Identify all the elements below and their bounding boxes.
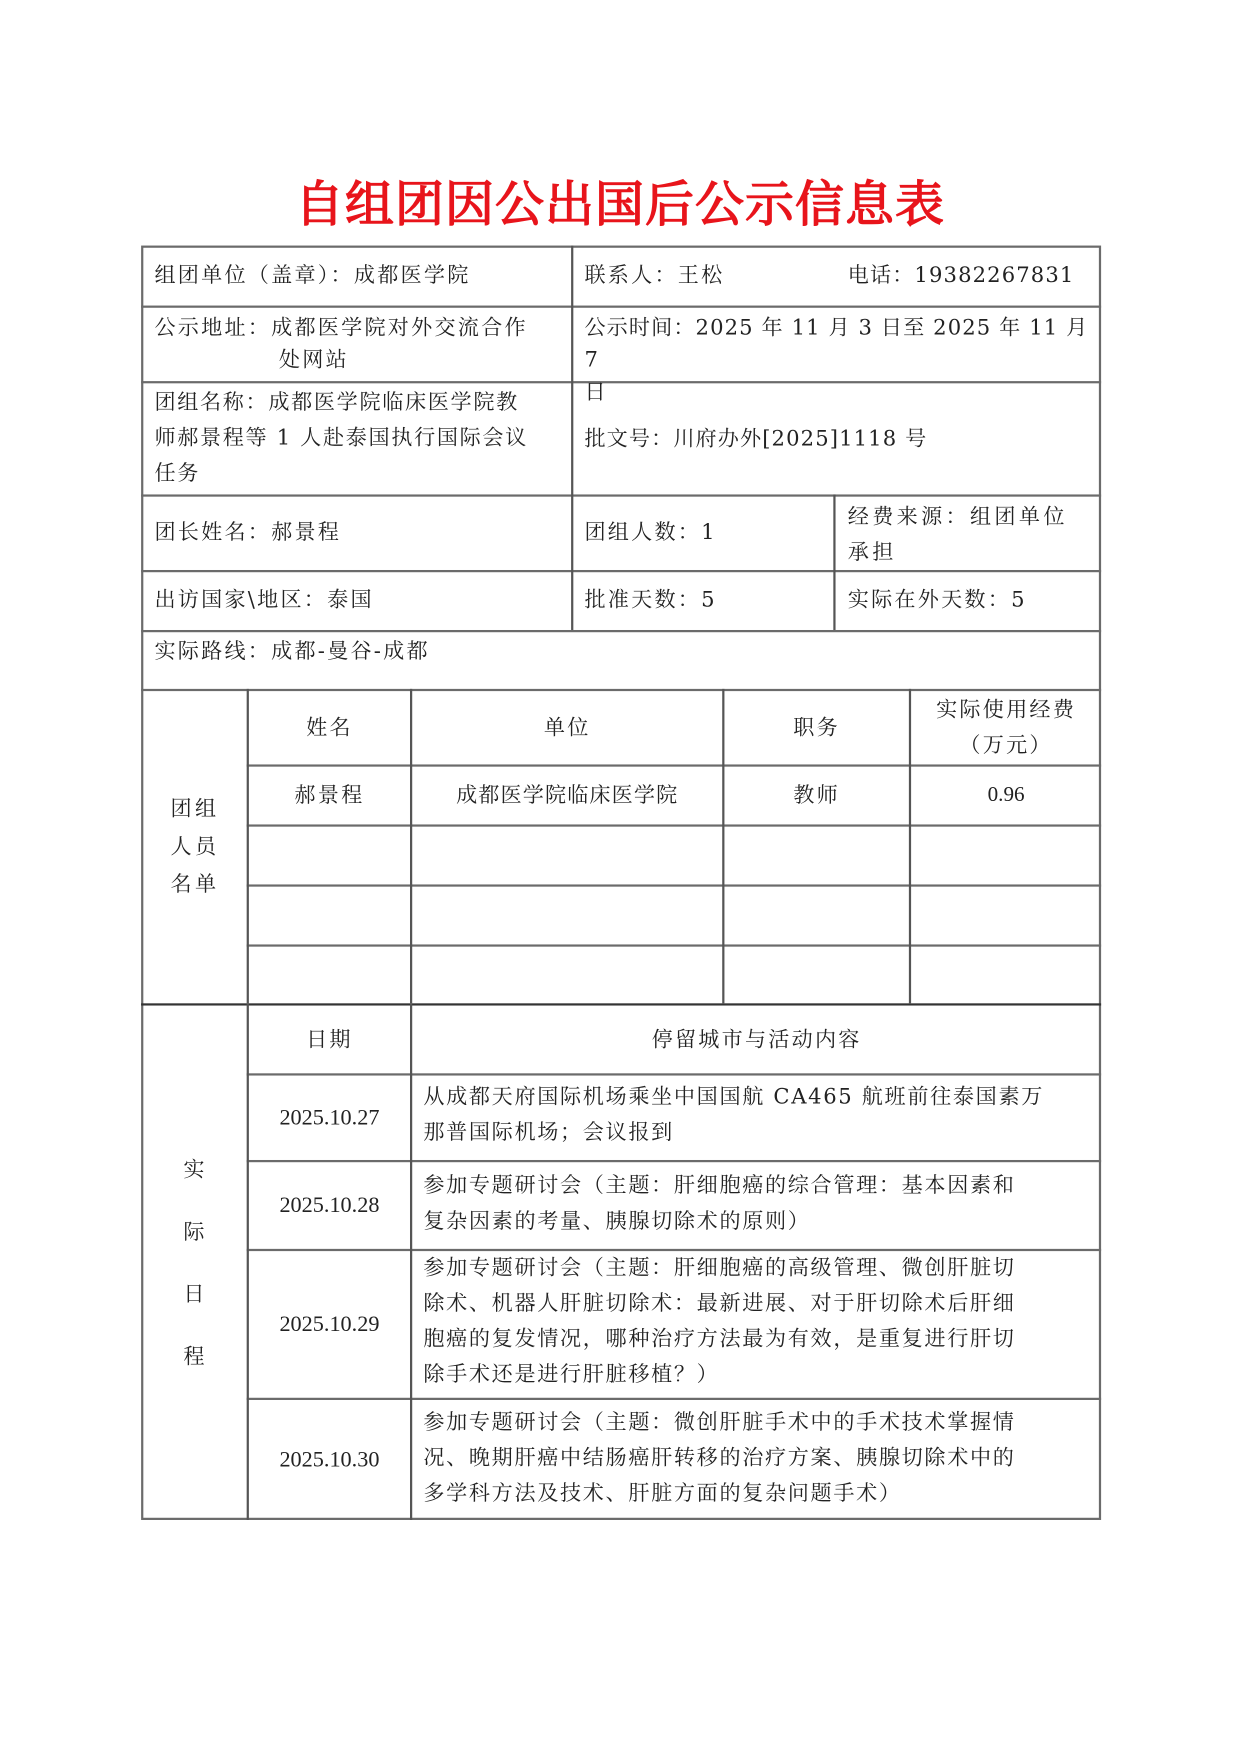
group-name-line: 任务 <box>154 456 567 492</box>
schedule-activity: 参加专题研讨会（主题：微创肝脏手术中的手术技术掌握情 况、晚期肝癌中结肠癌肝转移… <box>423 1404 1095 1515</box>
date-text: 2025.10.28 <box>279 1188 379 1224</box>
schedule-label-line: 程 <box>183 1325 206 1387</box>
cell-text: 教师 <box>793 778 840 814</box>
col-divider <box>833 494 835 630</box>
activity-line: 除术、机器人肝脏切除术：最新进展、对于肝切除术后肝细 <box>423 1286 1095 1322</box>
destination-country-text: 出访国家\地区：泰国 <box>154 582 373 618</box>
funding-source-line: 经费来源：组团单位 <box>848 499 1098 535</box>
approval-number: 批文号：川府办外[2025]1118 号 <box>584 383 1095 494</box>
schedule-header-date: 日期 <box>249 1006 410 1074</box>
approved-days-text: 批准天数：5 <box>584 582 716 618</box>
roster-row-divider <box>247 944 1101 946</box>
funding-source: 经费来源：组团单位 承担 <box>848 499 1098 570</box>
col-divider <box>571 246 573 630</box>
date-text: 2025.10.30 <box>279 1442 379 1478</box>
schedule-label-line: 际 <box>183 1201 206 1263</box>
activity-line: 多学科方法及技术、肝脏方面的复杂问题手术） <box>423 1476 1095 1512</box>
roster-row-divider <box>247 824 1101 826</box>
cell-text: 成都医学院临床医学院 <box>456 778 678 814</box>
activity-line: 参加专题研讨会（主题：微创肝脏手术中的手术技术掌握情 <box>423 1404 1095 1440</box>
org-unit-text: 组团单位（盖章）：成都医学院 <box>154 258 470 294</box>
actual-days: 实际在外天数：5 <box>848 570 1098 630</box>
contact: 联系人：王松 <box>584 246 828 306</box>
roster-section-label: 团组 人员 名单 <box>143 689 246 1003</box>
header-text: 职务 <box>793 710 840 746</box>
notice-time: 公示时间：2025 年 11 月 3 日至 2025 年 11 月 7 日 <box>584 312 1095 381</box>
header-text: （万元） <box>911 728 1101 764</box>
roster-cell-position: 教师 <box>724 767 908 825</box>
activity-line: 胞癌的复发情况，哪种治疗方法最为有效，是重复进行肝切 <box>423 1321 1095 1357</box>
approval-number-text: 批文号：川府办外[2025]1118 号 <box>584 421 927 457</box>
date-text: 2025.10.29 <box>279 1307 379 1343</box>
activity-line: 参加专题研讨会（主题：肝细胞癌的综合管理：基本因素和 <box>423 1168 1095 1204</box>
roster-label-line: 人员 <box>171 827 220 865</box>
schedule-section-label: 实 际 日 程 <box>143 1006 246 1520</box>
roster-row-divider <box>247 884 1101 886</box>
header-text: 停留城市与活动内容 <box>652 1022 862 1058</box>
activity-line: 从成都天府国际机场乘坐中国国航 CA465 航班前往泰国素万 <box>423 1079 1095 1115</box>
activity-line: 除手术还是进行肝脏移植？） <box>423 1357 1095 1393</box>
notice-time-line: 公示时间：2025 年 11 月 3 日至 2025 年 11 月 7 <box>584 312 1095 376</box>
activity-line: 那普国际机场；会议报到 <box>423 1114 1095 1150</box>
header-text: 日期 <box>306 1022 353 1058</box>
actual-days-text: 实际在外天数：5 <box>848 582 1027 618</box>
actual-route-text: 实际路线：成都-曼谷-成都 <box>154 639 429 663</box>
schedule-label-line: 实 <box>183 1138 206 1200</box>
roster-cell-expense: 0.96 <box>911 767 1101 825</box>
schedule-date: 2025.10.30 <box>249 1400 410 1520</box>
header-text: 姓名 <box>306 710 353 746</box>
schedule-activity: 从成都天府国际机场乘坐中国国航 CA465 航班前往泰国素万 那普国际机场；会议… <box>423 1079 1095 1159</box>
row-divider <box>141 630 1101 632</box>
cell-text: 0.96 <box>988 778 1025 814</box>
roster-cell-name: 郝景程 <box>249 767 410 825</box>
roster-header-unit: 单位 <box>412 691 722 764</box>
roster-header-expense: 实际使用经费 （万元） <box>911 692 1101 765</box>
schedule-header-activity: 停留城市与活动内容 <box>412 1006 1101 1074</box>
notice-address: 公示地址：成都医学院对外交流合作 处网站 <box>154 312 565 381</box>
schedule-date: 2025.10.27 <box>249 1076 410 1160</box>
schedule-activity: 参加专题研讨会（主题：肝细胞癌的高级管理、微创肝脏切 除术、机器人肝脏切除术：最… <box>423 1250 1095 1397</box>
cell-text: 郝景程 <box>294 778 364 814</box>
approved-days: 批准天数：5 <box>584 570 828 630</box>
roster-cell-unit: 成都医学院临床医学院 <box>412 767 722 825</box>
group-name: 团组名称：成都医学院临床医学院教 师郝景程等 1 人赴泰国执行国际会议 任务 <box>154 384 567 494</box>
page-title: 自组团因公出国后公示信息表 <box>0 164 1240 235</box>
phone: 电话：19382267831 <box>848 246 1098 306</box>
col-divider <box>410 1003 412 1520</box>
row-divider <box>141 306 1101 308</box>
org-unit: 组团单位（盖章）：成都医学院 <box>154 246 565 306</box>
funding-source-line: 承担 <box>848 534 1098 570</box>
schedule-date: 2025.10.28 <box>249 1162 410 1249</box>
header-text: 单位 <box>544 710 591 746</box>
contact-text: 联系人：王松 <box>584 258 724 294</box>
activity-line: 参加专题研讨会（主题：肝细胞癌的高级管理、微创肝脏切 <box>423 1250 1095 1286</box>
roster-header-position: 职务 <box>724 691 908 764</box>
schedule-label-line: 日 <box>183 1263 206 1325</box>
header-text: 实际使用经费 <box>911 692 1101 728</box>
schedule-activity: 参加专题研讨会（主题：肝细胞癌的综合管理：基本因素和 复杂因素的考量、胰腺切除术… <box>423 1168 1095 1248</box>
destination-country: 出访国家\地区：泰国 <box>154 570 565 630</box>
roster-header-name: 姓名 <box>249 691 410 764</box>
group-leader: 团长姓名：郝景程 <box>154 494 565 570</box>
roster-label-line: 名单 <box>171 865 220 903</box>
schedule-date: 2025.10.29 <box>249 1251 410 1398</box>
activity-line: 复杂因素的考量、胰腺切除术的原则） <box>423 1203 1095 1239</box>
activity-line: 况、晚期肝癌中结肠癌肝转移的治疗方案、胰腺切除术中的 <box>423 1440 1095 1476</box>
notice-address-line: 处网站 <box>154 344 565 376</box>
group-name-line: 师郝景程等 1 人赴泰国执行国际会议 <box>154 420 567 456</box>
date-text: 2025.10.27 <box>279 1100 379 1136</box>
group-leader-text: 团长姓名：郝景程 <box>154 514 341 550</box>
actual-route: 实际路线：成都-曼谷-成都 <box>154 633 1087 677</box>
document-page: 自组团因公出国后公示信息表 组团单位 <box>0 0 1240 1754</box>
roster-label-line: 团组 <box>171 789 220 827</box>
group-size: 团组人数：1 <box>584 494 828 570</box>
group-name-line: 团组名称：成都医学院临床医学院教 <box>154 384 567 420</box>
group-size-text: 团组人数：1 <box>584 514 716 550</box>
notice-address-line: 公示地址：成都医学院对外交流合作 <box>154 312 565 344</box>
phone-text: 电话：19382267831 <box>848 258 1075 294</box>
